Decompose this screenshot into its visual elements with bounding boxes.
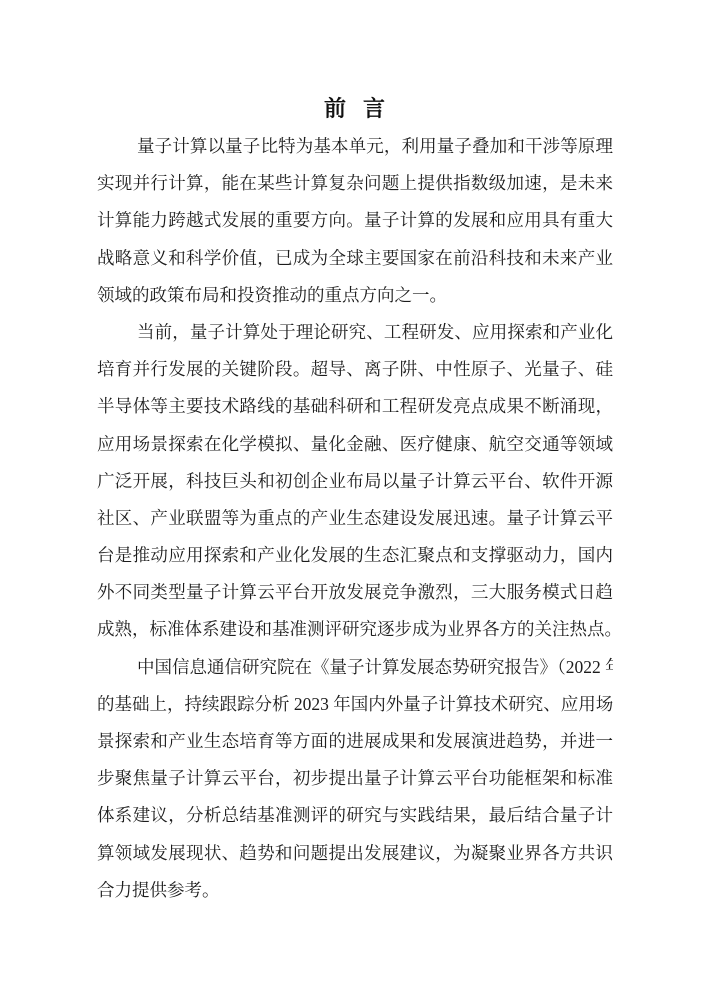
preface-line: 体系建议，分析总结基准测评的研究与实践结果，最后结合量子计 <box>97 797 613 834</box>
preface-line: 的基础上，持续跟踪分析 2023 年国内外量子计算技术研究、应用场 <box>97 686 613 723</box>
document-page: 前 言 量子计算以量子比特为基本单元，利用量子叠加和干涉等原理 实现并行计算，能… <box>0 0 710 1004</box>
preface-line: 实现并行计算，能在某些计算复杂问题上提供指数级加速，是未来 <box>97 165 613 202</box>
preface-line: 算领域发展现状、趋势和问题提出发展建议，为凝聚业界各方共识 <box>97 835 613 872</box>
page-title: 前 言 <box>97 92 613 123</box>
preface-line: 量子计算以量子比特为基本单元，利用量子叠加和干涉等原理 <box>97 128 613 165</box>
preface-line: 外不同类型量子计算云平台开放发展竞争激烈，三大服务模式日趋 <box>97 574 613 611</box>
preface-line: 社区、产业联盟等为重点的产业生态建设发展迅速。量子计算云平 <box>97 500 613 537</box>
preface-line: 景探索和产业生态培育等方面的进展成果和发展演进趋势，并进一 <box>97 723 613 760</box>
preface-line: 计算能力跨越式发展的重要方向。量子计算的发展和应用具有重大 <box>97 202 613 239</box>
preface-line: 成熟，标准体系建设和基准测评研究逐步成为业界各方的关注热点。 <box>97 611 613 648</box>
preface-line: 合力提供参考。 <box>97 872 613 909</box>
preface-line: 战略意义和科学价值，已成为全球主要国家在前沿科技和未来产业 <box>97 240 613 277</box>
preface-body: 量子计算以量子比特为基本单元，利用量子叠加和干涉等原理 实现并行计算，能在某些计… <box>97 128 613 909</box>
preface-line: 广泛开展，科技巨头和初创企业布局以量子计算云平台、软件开源 <box>97 463 613 500</box>
preface-line: 半导体等主要技术路线的基础科研和工程研发亮点成果不断涌现， <box>97 388 613 425</box>
preface-line: 领域的政策布局和投资推动的重点方向之一。 <box>97 277 613 314</box>
preface-line: 当前，量子计算处于理论研究、工程研发、应用探索和产业化 <box>97 314 613 351</box>
preface-line: 培育并行发展的关键阶段。超导、离子阱、中性原子、光量子、硅 <box>97 351 613 388</box>
preface-line: 台是推动应用探索和产业化发展的生态汇聚点和支撑驱动力，国内 <box>97 537 613 574</box>
preface-line: 步聚焦量子计算云平台，初步提出量子计算云平台功能框架和标准 <box>97 760 613 797</box>
preface-line: 中国信息通信研究院在《量子计算发展态势研究报告》（2022 年） <box>97 649 613 686</box>
preface-line: 应用场景探索在化学模拟、量化金融、医疗健康、航空交通等领域 <box>97 426 613 463</box>
